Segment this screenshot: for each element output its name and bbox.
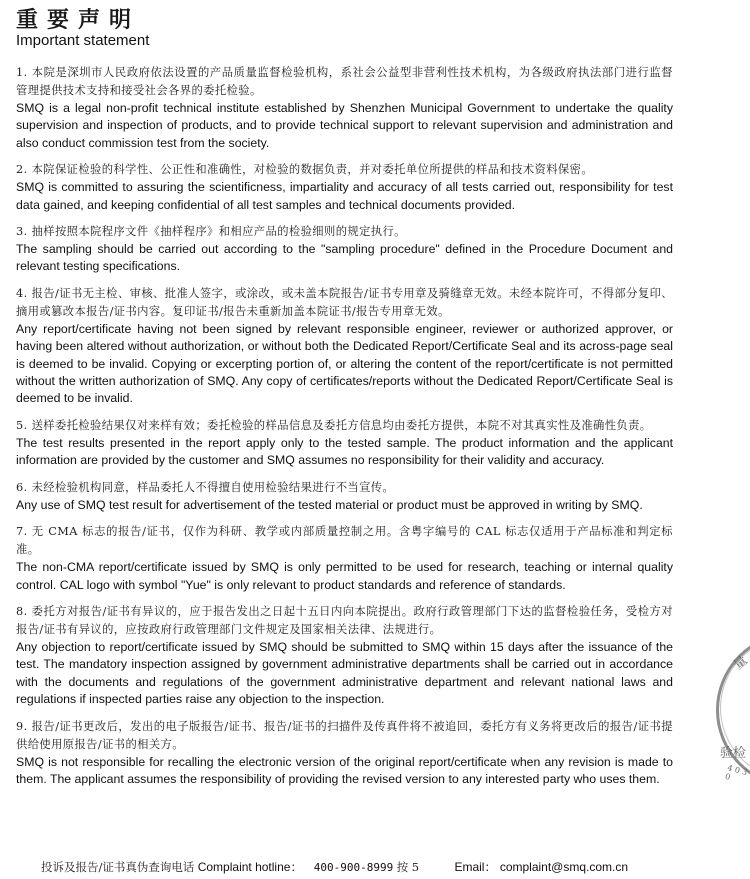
statement-text-cn: 3. 抽样按照本院程序文件《抽样程序》和相应产品的检验细则的规定执行。	[16, 223, 673, 241]
statement-list: 1. 本院是深圳市人民政府依法设置的产品质量监督检验机构，系社会公益型非营利性技…	[16, 64, 673, 788]
page-title-en: Important statement	[16, 32, 149, 49]
statement-text-cn: 8. 委托方对报告/证书有异议的，应于报告发出之日起十五日内向本院提出。政府行政…	[16, 603, 673, 639]
statement-text-cn: 2. 本院保证检验的科学性、公正性和准确性，对检验的数据负责，并对委托单位所提供…	[16, 161, 673, 179]
statement-text-en: SMQ is a legal non-profit technical inst…	[16, 100, 673, 152]
complaint-footer: 投诉及报告/证书真伪查询电话 Complaint hotline： 400-90…	[41, 858, 628, 875]
statement-text-en: The sampling should be carried out accor…	[16, 241, 673, 276]
statement-text-cn: 4. 报告/证书无主检、审核、批准人签字，或涂改，或未盖本院报告/证书专用章及骑…	[16, 285, 673, 321]
hotline-label-cn: 投诉及报告/证书真伪查询电话	[41, 860, 194, 874]
statement-item-2: 2. 本院保证检验的科学性、公正性和准确性，对检验的数据负责，并对委托单位所提供…	[16, 161, 673, 214]
statement-item-6: 6. 未经检验机构同意，样品委托人不得擅自使用检验结果进行不当宣传。 Any u…	[16, 479, 673, 514]
page-title-cn: 重要声明	[16, 3, 140, 34]
statement-text-cn: 1. 本院是深圳市人民政府依法设置的产品质量监督检验机构，系社会公益型非营利性技…	[16, 64, 673, 100]
statement-text-en: Any objection to report/certificate issu…	[16, 639, 673, 709]
email-label: Email：	[454, 860, 496, 874]
statement-item-7: 7. 无 CMA 标志的报告/证书，仅作为科研、教学或内部质量控制之用。含粤字编…	[16, 523, 673, 594]
statement-text-en: The non-CMA report/certificate issued by…	[16, 559, 673, 594]
statement-text-en: Any use of SMQ test result for advertise…	[16, 497, 673, 514]
statement-item-9: 9. 报告/证书更改后，发出的电子版报告/证书、报告/证书的扫描件及传真件将不被…	[16, 718, 673, 789]
statement-item-1: 1. 本院是深圳市人民政府依法设置的产品质量监督检验机构，系社会公益型非营利性技…	[16, 64, 673, 152]
statement-text-en: SMQ is committed to assuring the scienti…	[16, 179, 673, 214]
statement-text-cn: 7. 无 CMA 标志的报告/证书，仅作为科研、教学或内部质量控制之用。含粤字编…	[16, 523, 673, 559]
statement-text-cn: 5. 送样委托检验结果仅对来样有效；委托检验的样品信息及委托方信息均由委托方提供…	[16, 417, 673, 435]
statement-item-3: 3. 抽样按照本院程序文件《抽样程序》和相应产品的检验细则的规定执行。 The …	[16, 223, 673, 276]
statement-text-cn: 6. 未经检验机构同意，样品委托人不得擅自使用检验结果进行不当宣传。	[16, 479, 673, 497]
hotline-number: 400-900-8999	[314, 861, 393, 874]
statement-item-5: 5. 送样委托检验结果仅对来样有效；委托检验的样品信息及委托方信息均由委托方提供…	[16, 417, 673, 470]
statement-text-en: Any report/certificate having not been s…	[16, 321, 673, 408]
hotline-label-en: Complaint hotline：	[198, 860, 303, 874]
email-link[interactable]: complaint@smq.com.cn	[500, 860, 628, 874]
seal-text-bottom: 验检	[720, 742, 746, 761]
statement-item-4: 4. 报告/证书无主检、审核、批准人签字，或涂改，或未盖本院报告/证书专用章及骑…	[16, 285, 673, 408]
hotline-extension: 按 5	[397, 860, 419, 874]
statement-text-cn: 9. 报告/证书更改后，发出的电子版报告/证书、报告/证书的扫描件及传真件将不被…	[16, 718, 673, 754]
statement-text-en: The test results presented in the report…	[16, 435, 673, 470]
statement-text-en: SMQ is not responsible for recalling the…	[16, 754, 673, 789]
statement-item-8: 8. 委托方对报告/证书有异议的，应于报告发出之日起十五日内向本院提出。政府行政…	[16, 603, 673, 709]
